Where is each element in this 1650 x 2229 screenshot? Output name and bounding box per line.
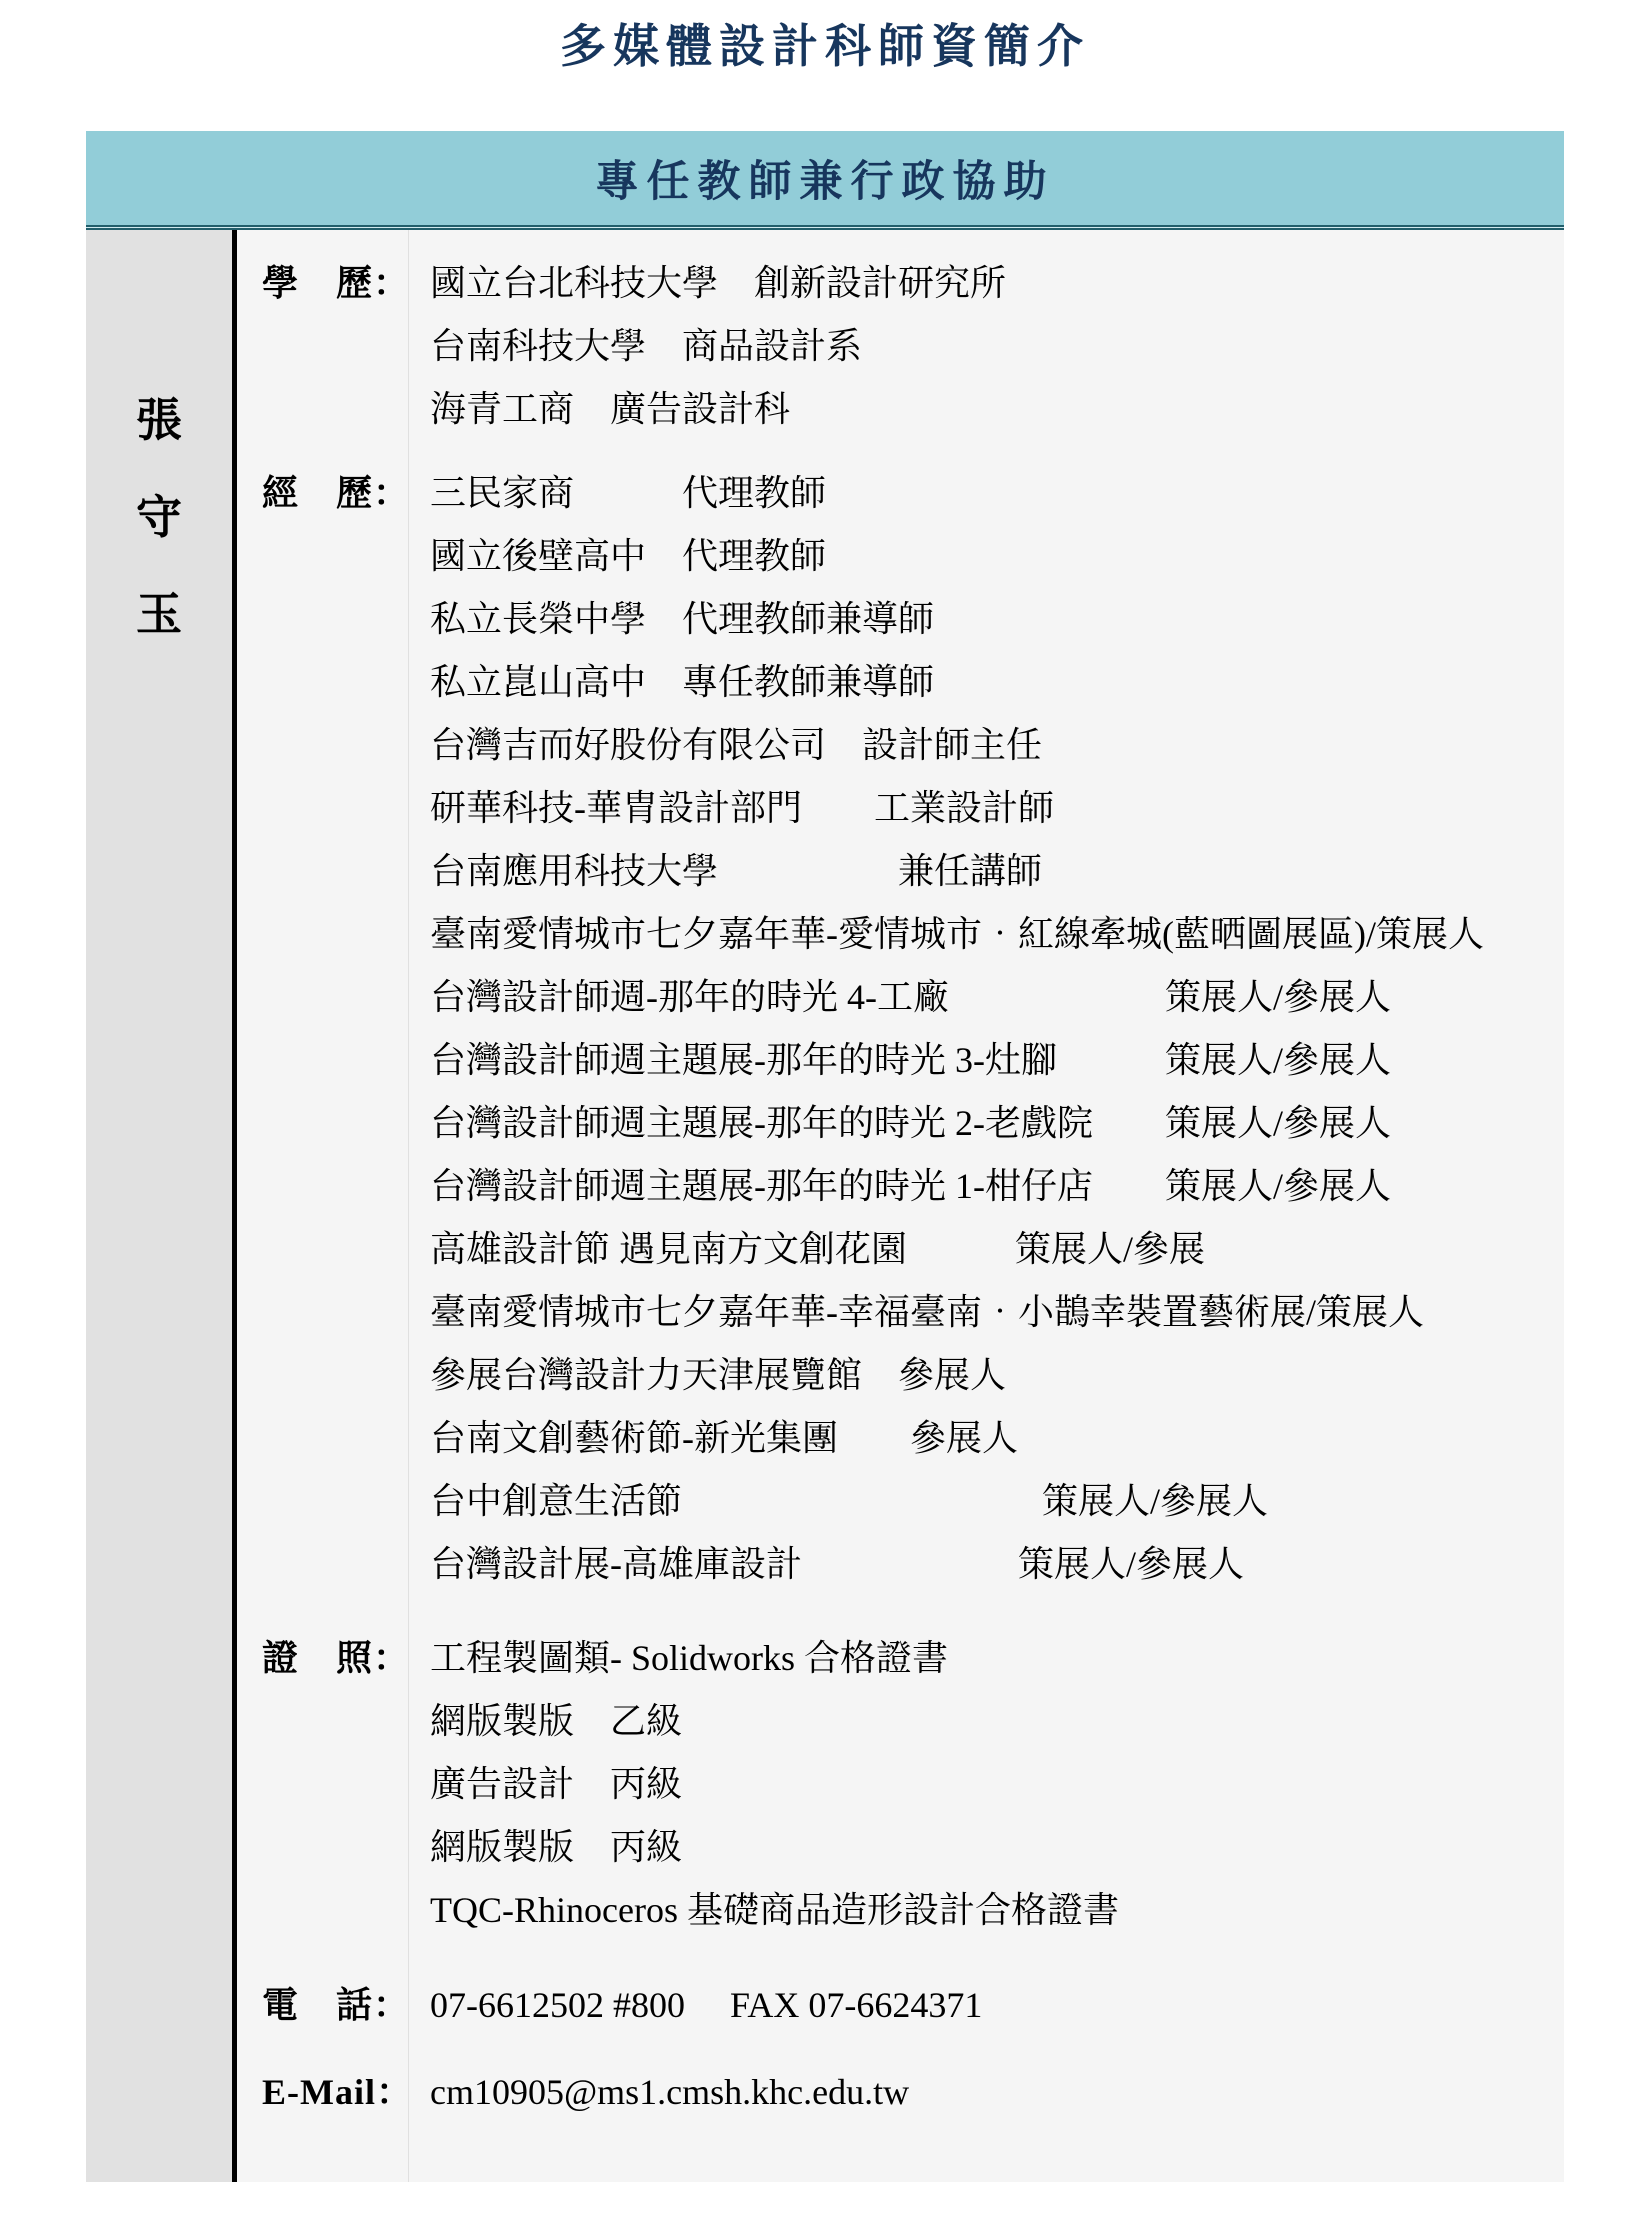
detail-line: 私立長榮中學 代理教師兼導師	[430, 588, 1564, 651]
section-experience: 經 歷： 三民家商 代理教師國立後壁高中 代理教師私立長榮中學 代理教師兼導師私…	[237, 462, 1564, 1596]
detail-line: 台中創意生活節 策展人/參展人	[430, 1470, 1564, 1533]
section-label-phone: 電 話：	[237, 1974, 408, 2037]
detail-line: 台南科技大學 商品設計系	[430, 315, 1564, 378]
section-email: E-Mail： cm10905@ms1.cmsh.khc.edu.tw	[237, 2061, 1564, 2124]
section-label-certificates: 證 照：	[237, 1627, 408, 1690]
detail-line: 研華科技-華胄設計部門 工業設計師	[430, 777, 1564, 840]
section-lines-phone: 07-6612502 #800 FAX 07-6624371	[408, 1974, 1564, 2037]
detail-line: 臺南愛情城市七夕嘉年華-幸福臺南‧小鵲幸裝置藝術展/策展人	[430, 1281, 1564, 1344]
section-phone: 電 話： 07-6612502 #800 FAX 07-6624371	[237, 1974, 1564, 2037]
section-lines-email: cm10905@ms1.cmsh.khc.edu.tw	[408, 2061, 1564, 2124]
detail-line: 高雄設計節 遇見南方文創花園 策展人/參展	[430, 1218, 1564, 1281]
detail-line: 國立台北科技大學 創新設計研究所	[430, 252, 1564, 315]
section-lines-certificates: 工程製圖類- Solidworks 合格證書網版製版 乙級廣告設計 丙級網版製版…	[408, 1627, 1564, 1942]
section-certificates: 證 照： 工程製圖類- Solidworks 合格證書網版製版 乙級廣告設計 丙…	[237, 1627, 1564, 1942]
teacher-name-char: 守	[136, 495, 182, 541]
detail-line: 海青工商 廣告設計科	[430, 378, 1564, 441]
table-header-title: 專任教師兼行政協助	[596, 148, 1055, 209]
section-label-email: E-Mail：	[237, 2061, 408, 2124]
details-cell: 學 歷： 國立台北科技大學 創新設計研究所台南科技大學 商品設計系海青工商 廣告…	[237, 230, 1564, 2182]
detail-line: 臺南愛情城市七夕嘉年華-愛情城市‧紅線牽城(藍晒圖展區)/策展人	[430, 903, 1564, 966]
faculty-table: 專任教師兼行政協助 張 守 玉 學 歷： 國立台北科技大學 創新設計研究所台南科…	[86, 131, 1564, 2182]
page-title: 多媒體設計科師資簡介	[0, 10, 1650, 76]
table-body: 張 守 玉 學 歷： 國立台北科技大學 創新設計研究所台南科技大學 商品設計系海…	[86, 230, 1564, 2182]
detail-line: 工程製圖類- Solidworks 合格證書	[430, 1627, 1564, 1690]
detail-line: 台灣設計師週-那年的時光 4-工廠 策展人/參展人	[430, 966, 1564, 1029]
detail-line: cm10905@ms1.cmsh.khc.edu.tw	[430, 2061, 1564, 2124]
detail-line: 台灣設計師週主題展-那年的時光 1-柑仔店 策展人/參展人	[430, 1155, 1564, 1218]
detail-line: 07-6612502 #800 FAX 07-6624371	[430, 1974, 1564, 2037]
detail-line: 台灣設計師週主題展-那年的時光 3-灶腳 策展人/參展人	[430, 1029, 1564, 1092]
label-column-rule	[408, 230, 409, 2182]
section-lines-experience: 三民家商 代理教師國立後壁高中 代理教師私立長榮中學 代理教師兼導師私立崑山高中…	[408, 462, 1564, 1596]
detail-line: 三民家商 代理教師	[430, 462, 1564, 525]
table-header-band: 專任教師兼行政協助	[86, 131, 1564, 225]
detail-line: 參展台灣設計力天津展覽館 參展人	[430, 1344, 1564, 1407]
detail-line: 網版製版 乙級	[430, 1690, 1564, 1753]
teacher-name-cell: 張 守 玉	[86, 230, 237, 2182]
teacher-name-char: 玉	[136, 592, 182, 638]
detail-line: 廣告設計 丙級	[430, 1753, 1564, 1816]
section-label-experience: 經 歷：	[237, 462, 408, 525]
detail-line: 國立後壁高中 代理教師	[430, 525, 1564, 588]
detail-line: 台南應用科技大學 兼任講師	[430, 840, 1564, 903]
section-education: 學 歷： 國立台北科技大學 創新設計研究所台南科技大學 商品設計系海青工商 廣告…	[237, 252, 1564, 441]
detail-line: 台灣吉而好股份有限公司 設計師主任	[430, 714, 1564, 777]
teacher-name-char: 張	[136, 398, 182, 444]
detail-line: 網版製版 丙級	[430, 1816, 1564, 1879]
detail-line: 台灣設計師週主題展-那年的時光 2-老戲院 策展人/參展人	[430, 1092, 1564, 1155]
detail-line: 私立崑山高中 專任教師兼導師	[430, 651, 1564, 714]
detail-line: TQC-Rhinoceros 基礎商品造形設計合格證書	[430, 1879, 1564, 1942]
detail-line: 台南文創藝術節-新光集團 參展人	[430, 1407, 1564, 1470]
section-label-education: 學 歷：	[237, 252, 408, 315]
teacher-name: 張 守 玉	[86, 398, 232, 638]
detail-line: 台灣設計展-高雄庫設計 策展人/參展人	[430, 1533, 1564, 1596]
section-lines-education: 國立台北科技大學 創新設計研究所台南科技大學 商品設計系海青工商 廣告設計科	[408, 252, 1564, 441]
